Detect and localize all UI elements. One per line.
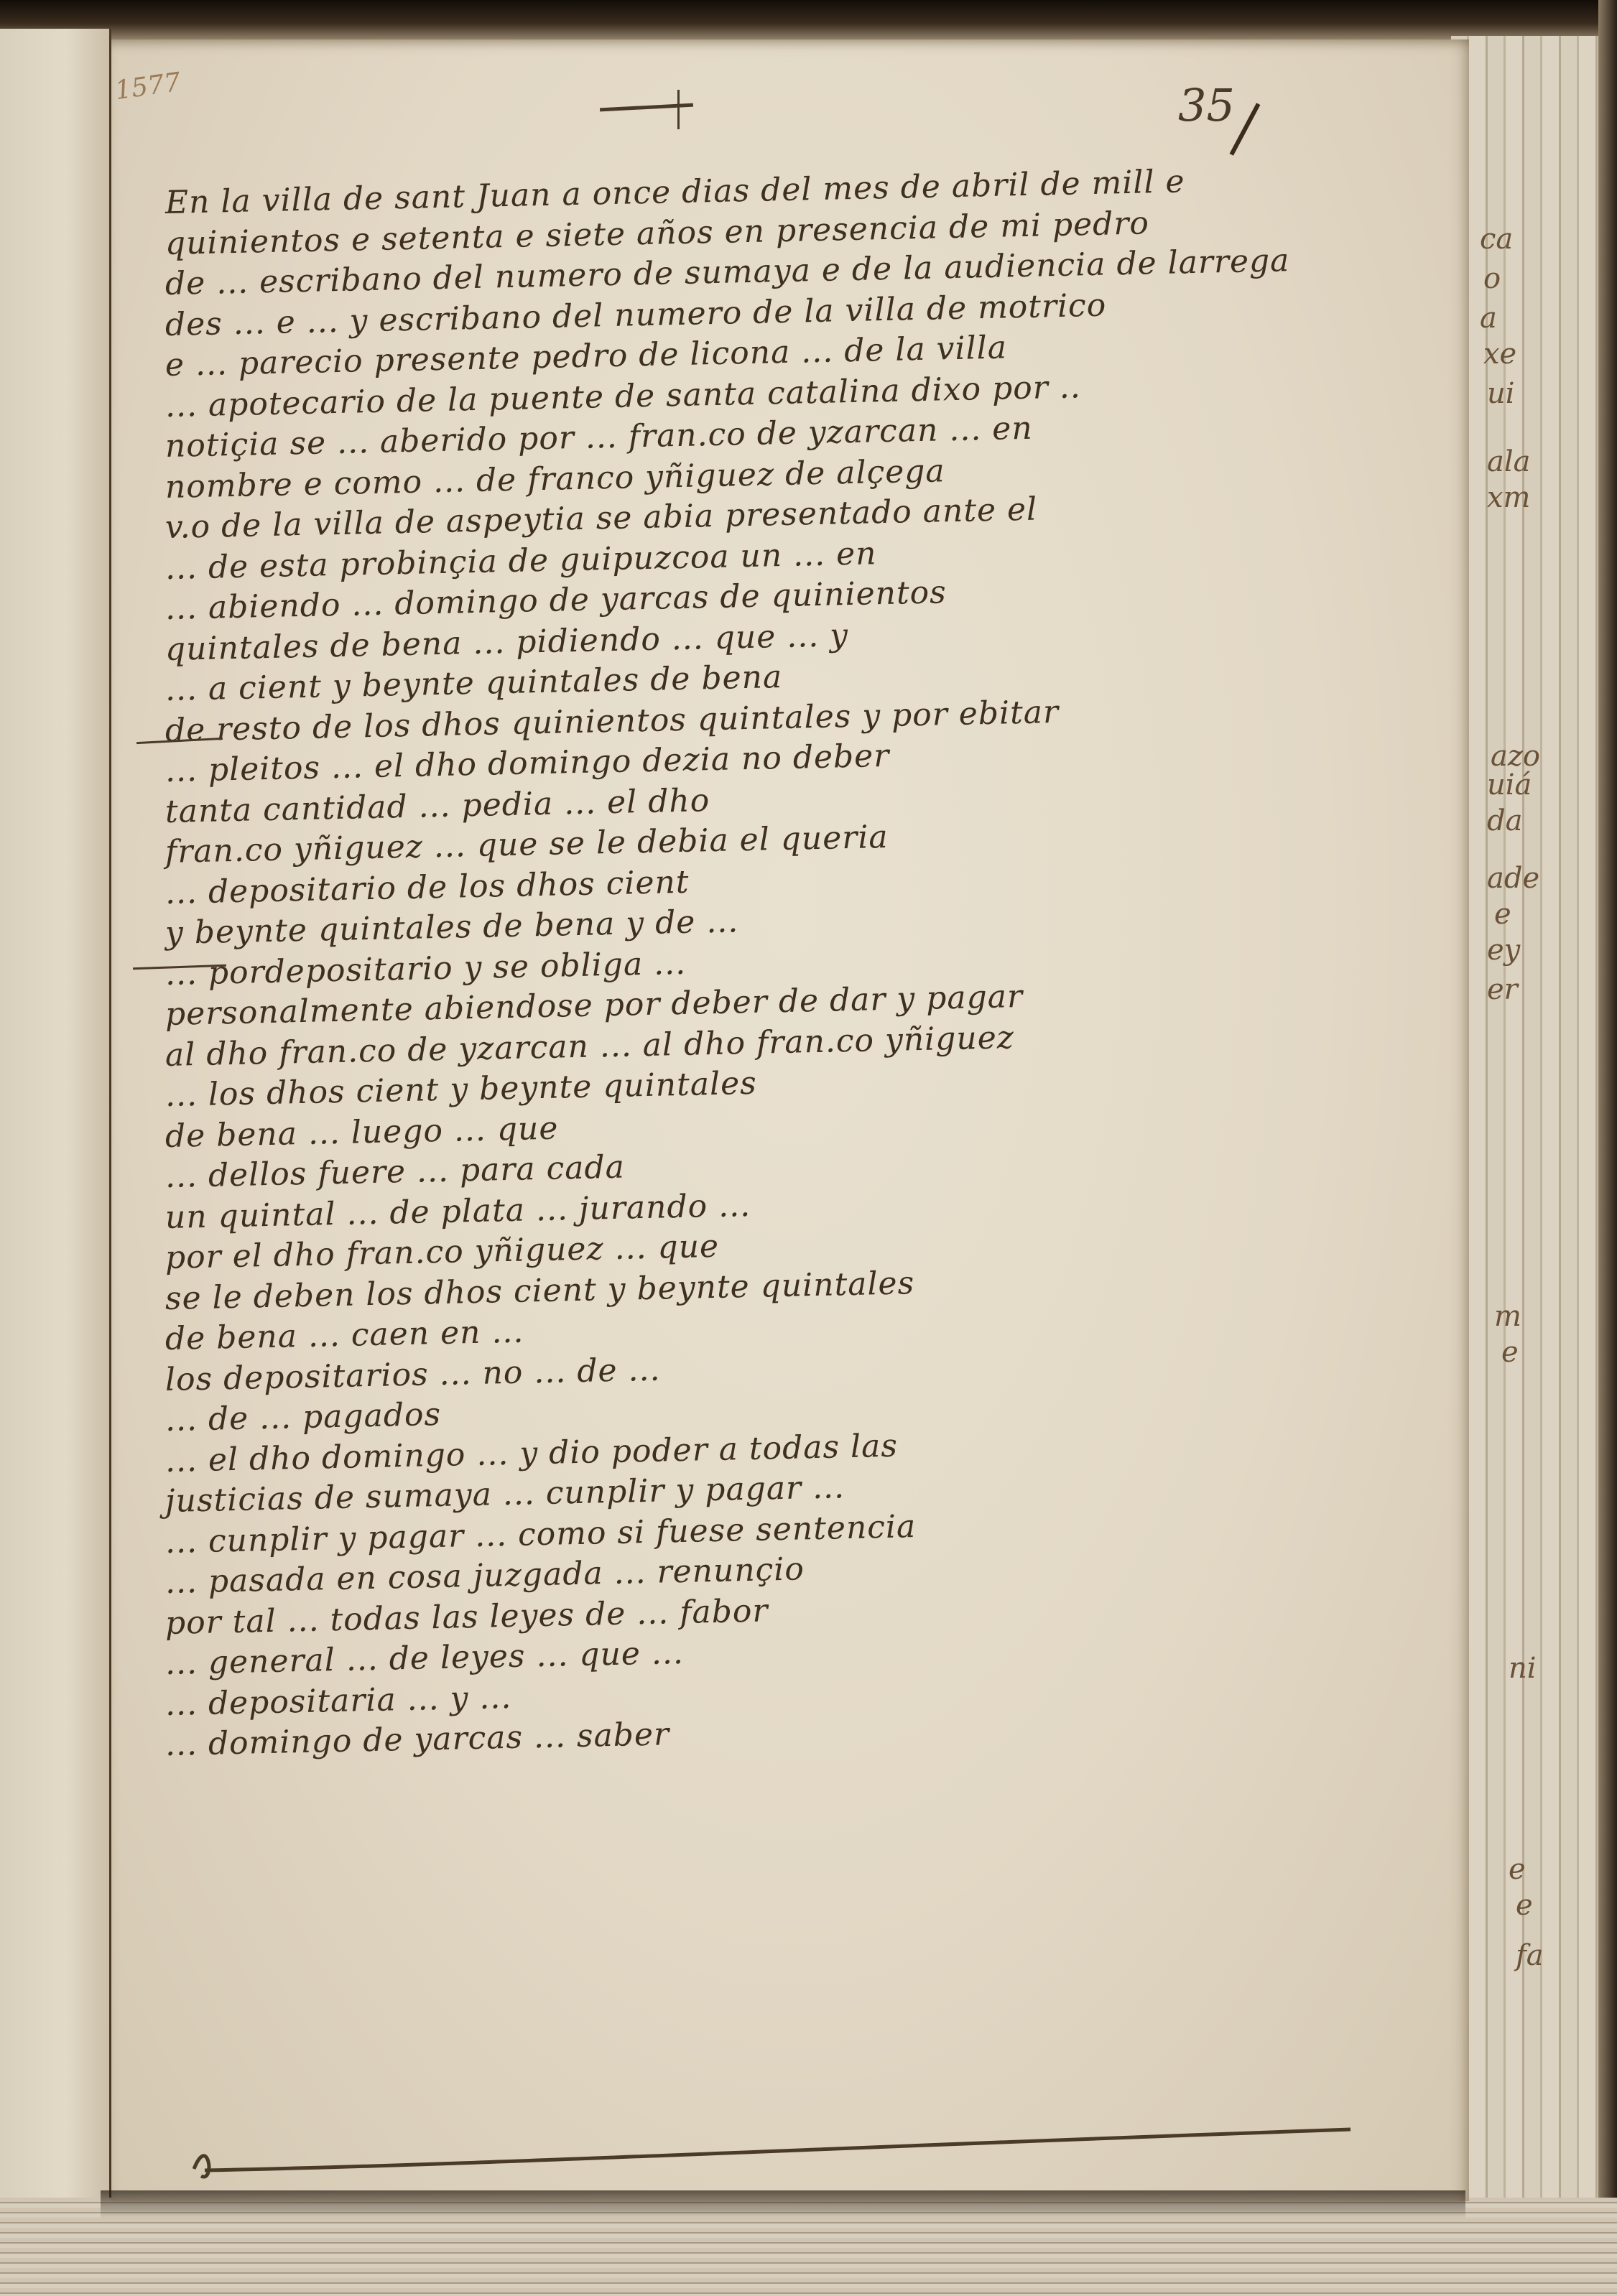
header-cross-mark [600, 90, 693, 133]
manuscript-scan: 1577 35 En la villa de sant Juan a once … [0, 0, 1617, 2296]
leaf-fragment: er [1487, 973, 1518, 1006]
folio-number: 35 [1178, 79, 1235, 131]
book-top-edge [0, 0, 1617, 43]
leaf-fragment: e [1501, 1336, 1519, 1369]
leaf-fragment: xm [1487, 481, 1531, 514]
leaf-fragment: uiá [1487, 768, 1532, 801]
leaf-fragment: ey [1487, 934, 1520, 967]
leaf-fragment: ui [1487, 377, 1515, 410]
page-shadow [101, 2190, 1465, 2219]
leaf-fragment: e [1509, 1853, 1526, 1886]
cross-stroke-vertical [677, 90, 680, 129]
leaf-fragment: o [1483, 262, 1501, 295]
leaf-fragment: ni [1509, 1652, 1537, 1685]
facing-page [0, 29, 111, 2205]
leaf-fragment: xe [1483, 338, 1516, 371]
leaf-fragment: m [1494, 1300, 1521, 1333]
underlying-torn-leaves [1451, 36, 1617, 2219]
book-right-edge [1598, 0, 1617, 2296]
leaf-fragment: a [1480, 302, 1497, 335]
leaf-fragment: ala [1487, 445, 1531, 478]
leaf-fragment: e [1494, 898, 1511, 931]
leaf-fragment: ca [1480, 223, 1513, 256]
leaf-fragment: fa [1516, 1939, 1544, 1972]
leaf-fragment: ade [1487, 862, 1539, 895]
leaf-fragment: da [1487, 804, 1522, 837]
manuscript-body: En la villa de sant Juan a once dias del… [165, 183, 1401, 1766]
closing-flourish [187, 2126, 1365, 2183]
leaf-fragment: e [1516, 1889, 1533, 1922]
